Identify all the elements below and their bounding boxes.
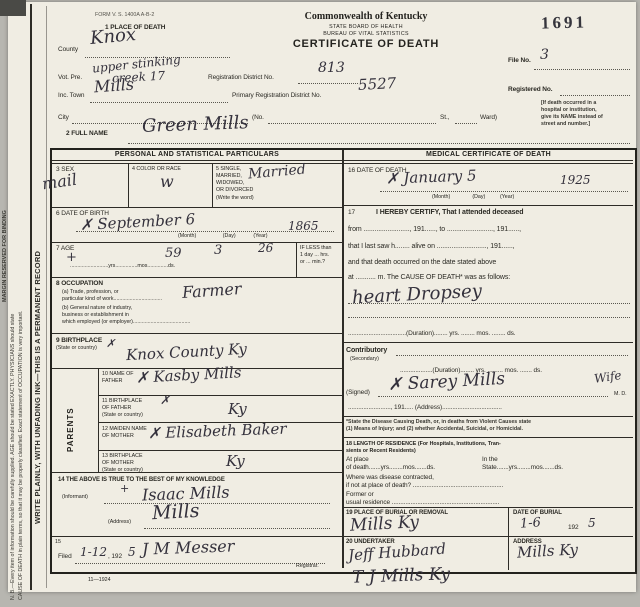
file-no-label: File No. <box>508 57 531 64</box>
burial-year-print: 192 <box>568 524 579 531</box>
if-less-note: IF LESS than 1 day ... hrs. or ... min.? <box>300 245 332 266</box>
filed-year-print: , 192 <box>108 553 122 560</box>
in-the-state-line: In the State.......yrs........mos.......… <box>482 456 563 472</box>
age-days-value: 26 <box>258 241 273 255</box>
rule <box>344 536 633 537</box>
rule <box>52 277 342 278</box>
margin-binding-note: MARGIN RESERVED FOR BINDING <box>2 144 8 302</box>
filed-section-number: 15 <box>55 539 61 545</box>
rule <box>378 395 608 397</box>
signed-date-address-line: ........................., 191..... (Add… <box>348 404 502 411</box>
personal-section-title: PERSONAL AND STATISTICAL PARTICULARS <box>52 151 342 158</box>
age-months-value: 3 <box>214 243 222 258</box>
rule <box>52 333 342 334</box>
full-name-rule <box>128 142 630 144</box>
former-residence-line: Former or usual residence ..............… <box>346 491 499 507</box>
informant-label: (Informant) <box>62 494 88 500</box>
scan-corner-artifact <box>0 0 26 16</box>
filed-label: Filed <box>58 553 72 560</box>
inc-town-rule <box>90 101 228 103</box>
paper-edge-line <box>46 6 47 588</box>
birthplace-label: 9 BIRTHPLACE <box>56 337 102 344</box>
cause-of-death-lead-line: at ........... m. The CAUSE OF DEATH* wa… <box>348 274 510 281</box>
last-saw-line: that I last saw h........ alive on .....… <box>348 243 515 250</box>
city-label: City <box>58 114 69 121</box>
file-no-rule <box>534 68 630 70</box>
undertaker-address-value: Mills Ky <box>517 540 579 561</box>
burial-year-hw: 5 <box>588 516 596 530</box>
city-no-label: (No. <box>252 114 264 121</box>
rule <box>348 316 630 318</box>
rule <box>98 450 342 451</box>
burial-place-value: Mills Ky <box>350 512 420 536</box>
informant-mark: + <box>120 482 129 495</box>
father-birthplace-label: 11 BIRTHPLACE OF FATHER (State or countr… <box>102 398 143 419</box>
occupation-b-label: (b) General nature of industry, business… <box>62 305 190 326</box>
rule <box>344 416 633 417</box>
informant-address-label: (Address) <box>108 519 131 525</box>
date-of-death-value: ✗ January 5 <box>386 166 477 187</box>
rule <box>76 230 334 232</box>
file-no-value: 3 <box>540 47 549 63</box>
full-name-label: 2 FULL NAME <box>66 130 108 137</box>
inc-town-label: Inc. Town <box>58 92 84 99</box>
death-certificate-scan: MARGIN RESERVED FOR BINDING N. B.—Every … <box>0 0 640 607</box>
disease-contracted-line: Where was disease contracted, if not at … <box>346 474 503 490</box>
registered-no-rule <box>560 94 630 96</box>
birthplace-sub-label: (State or country) <box>56 345 97 351</box>
rule <box>144 527 330 529</box>
contributory-sub-label: (Secondary) <box>350 356 379 362</box>
violent-causes-footnote: *State the Disease Causing Death, or, in… <box>346 419 531 433</box>
occupation-label: 8 OCCUPATION <box>56 280 103 287</box>
voting-precinct-label: Vot. Pre. <box>58 74 82 81</box>
rule <box>508 507 509 570</box>
primary-district-label: Primary Registration District No. <box>232 92 321 99</box>
date-of-birth-units: (Month) (Day) (Year) <box>178 233 268 239</box>
rule <box>212 163 213 207</box>
informant-heading: 14 THE ABOVE IS TRUE TO THE BEST OF MY K… <box>58 477 225 483</box>
burial-date-value: 1-6 <box>520 515 542 531</box>
filed-year-hw: 5 <box>128 545 136 559</box>
registration-district-rule <box>298 82 358 84</box>
attended-from-line: from ........................., 191.....… <box>348 226 521 233</box>
informant-address-value: Mills <box>151 500 200 524</box>
margin-write-plainly-note: WRITE PLAINLY, WITH UNFADING INK—THIS IS… <box>33 100 42 524</box>
rule <box>52 242 342 243</box>
rule <box>396 354 628 356</box>
binding-fold-line <box>30 4 32 590</box>
parents-vertical-label: PARENTS <box>66 372 75 452</box>
certificate-stamp-number: 1691 <box>541 12 588 33</box>
city-no-rule <box>268 122 436 124</box>
registrar-signature: J M Messer <box>142 536 235 558</box>
father-name-label: 10 NAME OF FATHER <box>102 371 134 385</box>
certificate-title: CERTIFICATE OF DEATH <box>268 38 464 50</box>
registrar-label: Registrar. <box>296 563 319 569</box>
overflow-signature: T J Mills Ky <box>352 564 451 587</box>
certify-statement: I HEREBY CERTIFY, That I attended deceas… <box>376 209 523 216</box>
contributory-label: Contributory <box>346 347 387 354</box>
rule <box>344 205 633 206</box>
inc-town-value: Mills <box>93 75 134 97</box>
certify-section-number: 17 <box>348 209 355 216</box>
rule <box>344 163 633 164</box>
signed-label: (Signed) <box>346 389 370 396</box>
header-center: Commonwealth of Kentucky STATE BOARD OF … <box>268 11 464 50</box>
bureau-subtitle: BUREAU OF VITAL STATISTICS <box>268 31 464 37</box>
city-ward-label: Ward) <box>480 114 497 121</box>
age-units: ..........................yrs...........… <box>70 263 175 269</box>
column-divider <box>342 150 344 568</box>
commonwealth-title: Commonwealth of Kentucky <box>268 11 464 22</box>
form-footer-number: 11—1924 <box>88 577 111 583</box>
mother-name-label: 12 MAIDEN NAME OF MOTHER <box>102 426 147 440</box>
father-birthplace-mark: ✗ <box>160 393 170 407</box>
rule <box>52 472 342 473</box>
form-number: FORM V. S. 1400A A-B-2 <box>95 12 154 18</box>
father-birthplace-value: Ky <box>228 400 247 418</box>
registration-district-label: Registration District No. <box>208 74 274 81</box>
filed-date-value: 1-12 <box>80 545 107 559</box>
registered-no-label: Registered No. <box>508 86 552 93</box>
mother-birthplace-value: Ky <box>226 452 245 470</box>
registration-district-value: 813 <box>318 60 345 76</box>
medical-section-title: MEDICAL CERTIFICATE OF DEATH <box>344 151 633 158</box>
rule <box>344 507 633 508</box>
mother-birthplace-label: 13 BIRTHPLACE OF MOTHER (State or countr… <box>102 453 143 474</box>
city-st-rule <box>455 122 477 124</box>
race-value: w <box>160 172 174 191</box>
age-years-value: 59 <box>165 246 182 261</box>
length-of-residence-label: 18 LENGTH OF RESIDENCE (For Hospitals, I… <box>346 441 501 455</box>
county-label: County <box>58 46 78 53</box>
rule <box>344 342 633 343</box>
county-value: Knox <box>89 24 137 49</box>
date-of-death-units: (Month) (Day) (Year) <box>432 194 514 200</box>
rule <box>104 502 330 504</box>
date-of-death-year: 1925 <box>560 173 591 187</box>
death-occurred-line: and that death occurred on the date stat… <box>348 259 496 266</box>
at-place-of-death-line: At place of death.......yrs........mos..… <box>346 456 435 472</box>
city-st-label: St., <box>440 114 449 121</box>
rule <box>128 163 129 207</box>
rule <box>52 207 342 208</box>
margin-nb-note: N. B.—Every item of information should b… <box>10 300 25 600</box>
rule <box>296 242 297 277</box>
birthplace-mark: ✗ <box>106 337 115 350</box>
rule <box>52 160 342 161</box>
occupation-a-label: (a) Trade, profession, or particular kin… <box>62 289 162 303</box>
rule <box>348 302 630 304</box>
rule <box>344 437 633 438</box>
primary-district-value: 5527 <box>358 74 397 94</box>
rule <box>75 562 325 564</box>
rule <box>344 160 633 161</box>
board-subtitle: STATE BOARD OF HEALTH <box>268 24 464 30</box>
hospital-note: [If death occurred in a hospital or inst… <box>541 100 633 129</box>
rule <box>380 190 628 192</box>
full-name-value: Green Mills <box>142 112 249 137</box>
md-label: M. D. <box>614 391 627 397</box>
rule <box>98 395 342 396</box>
rule <box>98 368 99 472</box>
cause-duration-line: ..................................(Durat… <box>348 330 516 337</box>
